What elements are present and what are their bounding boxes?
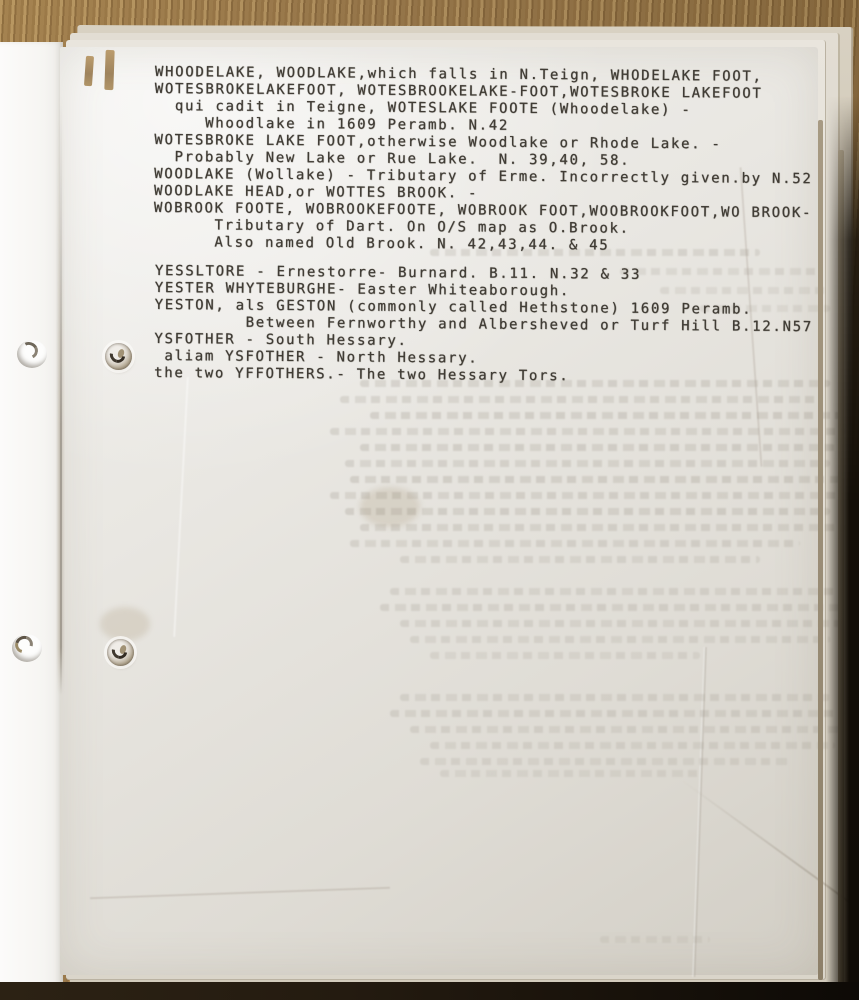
bleed-through-line: [390, 710, 845, 717]
bleed-through-line: [430, 742, 835, 749]
bleed-through-line: [330, 428, 845, 435]
bleed-through-line: [600, 936, 710, 943]
right-edge-shadow: [826, 96, 859, 1000]
binder-ring-shadow: [18, 340, 40, 362]
bleed-through-line: [350, 476, 845, 483]
bleed-through-line: [400, 556, 760, 563]
bleed-through-line: [330, 492, 840, 499]
bleed-through-line: [400, 694, 830, 701]
underlying-page-left-edge: [0, 42, 63, 988]
bleed-through-line: [410, 636, 830, 643]
bleed-through-line: [370, 412, 840, 419]
typed-text-section-1: WHOODELAKE, WOODLAKE,which falls in N.Te…: [154, 64, 814, 256]
bleed-through-line: [390, 588, 835, 595]
punch-hole-right-top: [105, 343, 132, 370]
page-fold-shadow: [56, 95, 65, 695]
bleed-through-line: [345, 460, 830, 467]
bleed-through-line: [345, 508, 830, 515]
typed-text-section-2: YESSLTORE - Ernestorre- Burnard. B.11. N…: [154, 263, 813, 387]
bleed-through-line: [400, 620, 840, 627]
bleed-through-line: [350, 540, 800, 547]
bleed-through-line: [430, 652, 700, 659]
binder-ring-shadow: [12, 633, 36, 657]
document-page: WHOODELAKE, WOODLAKE,which falls in N.Te…: [60, 47, 818, 975]
page-edges-right: [818, 120, 823, 980]
bleed-through-line: [410, 726, 840, 733]
bleed-through-line: [360, 444, 835, 451]
bleed-through-line: [440, 770, 700, 777]
bleed-through-line: [360, 524, 845, 531]
punch-hole-right-bottom: [107, 639, 134, 666]
punch-hole-left-top: [17, 340, 47, 368]
photo-of-typed-document: WHOODELAKE, WOODLAKE,which falls in N.Te…: [0, 0, 859, 1000]
bleed-through-line: [420, 758, 790, 765]
bleed-through-line: [340, 396, 820, 403]
punch-hole-left-bottom: [12, 634, 42, 662]
bottom-edge-shadow: [0, 982, 859, 1000]
bleed-through-line: [380, 604, 845, 611]
